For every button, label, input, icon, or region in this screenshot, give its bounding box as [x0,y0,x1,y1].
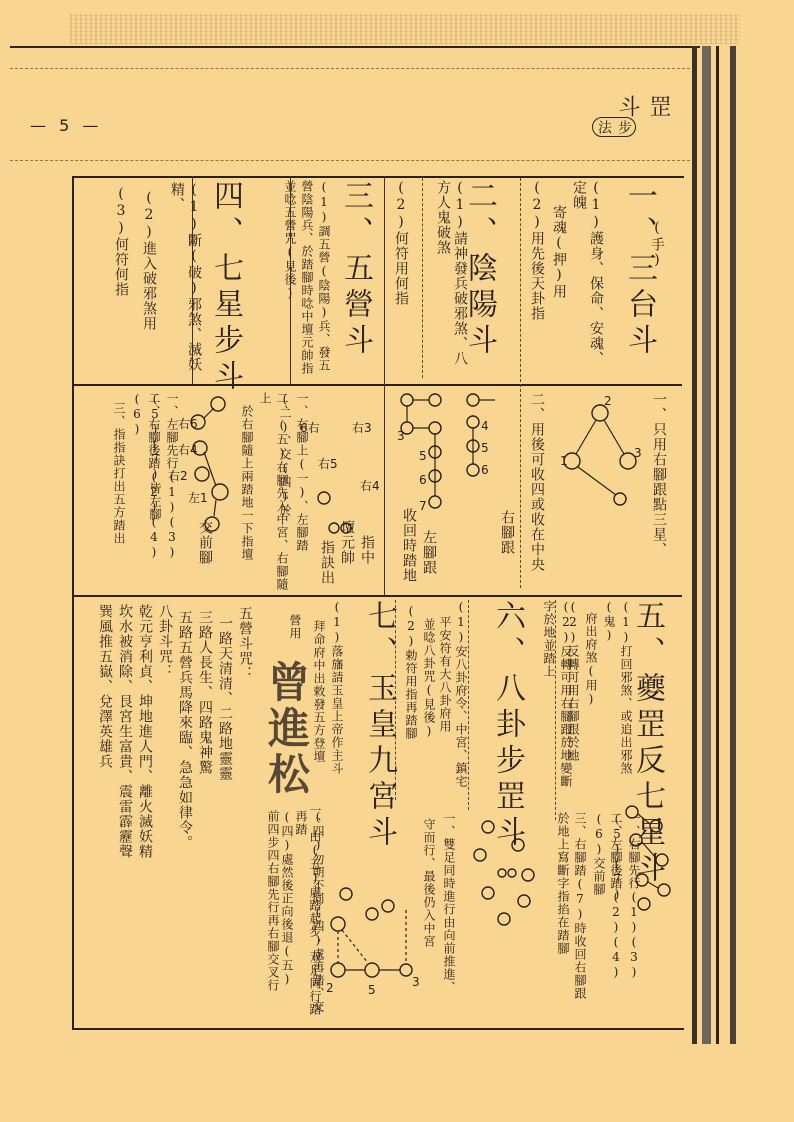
section-4-note-2: (2)進入破邪煞用 [140,190,157,340]
page-number: — 5 — [30,116,102,135]
incantation-line-4: 乾元亨利貞、坤地進人門、離火滅妖精 [136,604,153,1004]
section-6-step-diagram [468,815,548,925]
svg-text:4: 4 [481,419,489,433]
section-1-step-diagram: 213 [560,395,650,505]
section-1-heading-note: (手) [648,220,665,269]
section-3-step-2: 二、(五)右腳先入中宮、右腳隨上 [256,392,290,592]
section-8-note-1: (1)落旛請玉皇上帝作主斗 [328,600,345,810]
dashed-rule-mid [10,160,690,161]
section-6-step-1: 一、雙足同時進行由向前推進、 [440,812,457,1012]
svg-text:右5: 右5 [318,457,338,471]
section-4-note-3: (3)何符何指 [112,186,129,306]
section-7-note-3: 並唸八卦咒(見後) [420,618,437,768]
svg-text:3: 3 [634,446,642,460]
section-4-cross-label: 交前腳 [196,520,213,590]
section-3-side-label-3: 指訣出 [318,540,335,590]
section-5-step-2: 二、左腳後踏(2)(4)(6)交前腳 [590,812,624,1012]
svg-text:6右: 6右 [300,421,320,435]
section-3-step-diagram: 6右右3右5右4 [300,420,380,520]
section-1-note-1: (1)護身、保命、安魂、定魄 [570,180,604,380]
svg-text:5: 5 [368,983,376,997]
svg-text:2: 2 [604,394,612,408]
section-3-step-3: 於右腳隨上兩踏地一下指壇 [238,405,255,585]
svg-text:2: 2 [326,981,334,995]
svg-text:左1: 左1 [188,491,208,505]
svg-text:1: 1 [560,454,568,468]
svg-text:右4: 右4 [360,479,380,493]
section-2-return-label: 收回時踏地 [400,508,417,588]
section-7-note-1: (1)安八卦府令、中宮、鎮宅 [452,600,469,810]
svg-text:3: 3 [397,429,405,443]
svg-text:3: 3 [412,975,420,989]
dashed-divider-2 [422,178,423,378]
row-divider-2 [72,595,682,597]
section-6-step-2: 守而行、最後仍入中宮 [420,818,437,978]
incantation-line-1: 一路天清清、二路地靈靈 [216,616,233,1016]
section-7-note-2: 平安符有大八卦府用 [436,616,453,806]
dashed-rule-top [10,68,690,69]
dashed-divider-1 [520,178,521,588]
top-rule [10,46,700,48]
section-7-note-4: (2)勅符用指再踏腳 [402,604,419,754]
section-1-note-2: (2)用先後天卦指 [528,180,545,340]
section-6-note-1: (2)反轉可用右腳跟於地變斷字於地並踏上 [540,600,574,800]
section-5-note-1: (1)打回邪煞、或追出邪煞(鬼) [600,600,634,800]
row-divider-1 [72,384,682,386]
svg-text:6: 6 [481,463,489,477]
section-4-step-3: 三、指指訣打出五方踏出 [110,402,127,582]
svg-text:7: 7 [419,499,427,513]
incantation-line-2: 三路人長生、四路鬼神驚 [196,610,213,1010]
section-4-heading: 四、七星步斗 [208,180,242,396]
section-1-extra: 寄魂(押)用 [550,205,567,365]
section-7-step-4: 前四步四右腳先行再右腳交叉行 [264,810,281,1025]
section-2-note-2: (2)何符用何指 [392,180,409,340]
svg-text:右4: 右4 [178,443,198,457]
svg-text:5: 5 [481,441,489,455]
section-5-note-2: 府出府煞(用) [582,612,599,732]
col-divider-top-1 [384,176,385,596]
section-1-step-2: 二、用後可收四或收在中央 [528,392,545,592]
wuying-incantation-title: 五營斗咒： [236,606,253,1016]
section-7-heading: 七、玉皇九宮斗 [362,600,396,852]
section-2-heel-label: 左腳跟 [420,530,437,590]
section-1-side-label: 右腳跟 [498,510,515,590]
incantation-line-6: 巽風推五嶽、兌澤英雄兵 [96,604,113,1004]
svg-text:右2: 右2 [168,469,188,483]
svg-text:右3: 右3 [352,421,372,435]
section-4-step-2: 二、右腳後踏(2)(4)(6) [128,392,162,592]
section-3-note-1: (1)調五營(陰陽)兵、發五營陰陽兵、於踏腳時唸中壇元帥指並唸五營咒(見後) [296,180,332,380]
section-3-heading: 三、五營斗 [338,180,372,360]
section-5-step-diagram [620,800,680,920]
book-binding [692,46,740,1044]
section-1-step-1: 一、只用右腳跟點三星、 [650,392,667,592]
name-stamp: 曾進松 [256,660,316,798]
section-2-note-1: (1)請神發兵破邪煞、八方人鬼破煞 [434,180,468,380]
section-3-side-label-2: 壇元帥 [338,520,355,590]
section-1-heading: 一、三台斗 [622,180,656,360]
section-5-step-3: 三、右腳踏(7)時收回右腳跟於地上寫斷字指掐在踏腳 [552,812,588,1012]
incantation-line-5: 坎水被消除、艮宮生富貴、震雷霹靂聲 [116,604,133,1004]
page-subtitle: 步法 [592,117,636,137]
section-3-side-label-1: 指中 [358,535,375,595]
svg-text:右6: 右6 [178,417,198,431]
svg-text:5: 5 [419,449,427,463]
svg-text:6: 6 [419,473,427,487]
section-7-step-diagram: 253 [320,890,420,1010]
scan-noise-band [70,14,740,44]
section-4-note-1: (1)斷(破)邪煞、滅妖精、 [168,182,202,372]
bagua-incantation-title: 八卦斗咒： [156,604,173,1004]
incantation-line-3: 五路五營兵馬降來臨、急急如律令。 [176,610,193,1010]
